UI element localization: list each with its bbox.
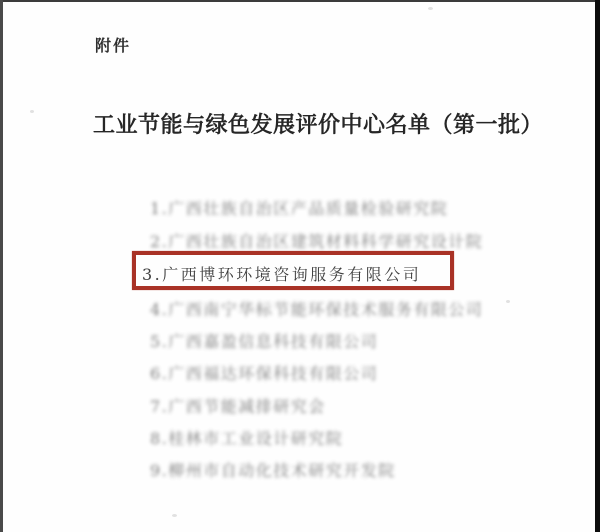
scan-edge-top bbox=[0, 0, 600, 2]
list-item-9: 9.柳州市自动化技术研究开发院 bbox=[150, 458, 396, 478]
list-item-7: 7.广西节能减排研究会 bbox=[150, 394, 326, 414]
scan-artifact bbox=[506, 300, 510, 303]
document-page: 附件 工业节能与绿色发展评价中心名单（第一批） 1.广西壮族自治区产品质量检验研… bbox=[0, 0, 600, 532]
scan-artifact bbox=[428, 7, 433, 10]
list-item-8: 8.桂林市工业设计研究院 bbox=[150, 426, 343, 446]
scan-edge-right bbox=[595, 0, 600, 532]
list-item-6: 6.广西福达环保科技有限公司 bbox=[150, 361, 378, 381]
list-item-3-highlighted: 3.广西博环环境咨询服务有限公司 bbox=[142, 262, 421, 282]
list-item-5: 5.广西嘉盈信息科技有限公司 bbox=[150, 329, 378, 349]
list-item-1: 1.广西壮族自治区产品质量检验研究院 bbox=[150, 196, 448, 216]
scan-edge-left bbox=[0, 0, 3, 532]
attachment-label: 附件 bbox=[95, 33, 131, 56]
document-title: 工业节能与绿色发展评价中心名单（第一批） bbox=[93, 108, 563, 139]
scan-artifact bbox=[172, 514, 177, 517]
list-item-4: 4.广西南宁华标节能环保技术服务有限公司 bbox=[150, 297, 483, 317]
list-item-2: 2.广西壮族自治区建筑材料科学研究设计院 bbox=[150, 229, 483, 249]
scan-artifact bbox=[30, 110, 34, 113]
